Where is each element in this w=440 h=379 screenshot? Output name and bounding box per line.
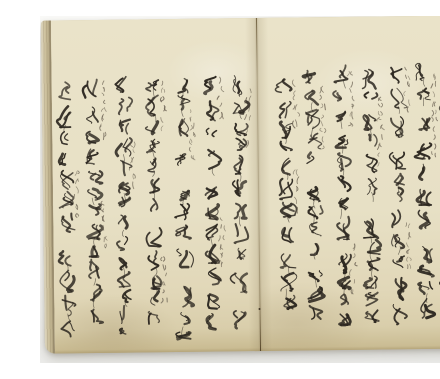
furigana-column xyxy=(99,81,106,140)
furigana-column xyxy=(160,81,166,131)
furigana-column xyxy=(319,86,326,149)
text-column xyxy=(361,69,386,322)
furigana-column xyxy=(189,110,195,160)
furigana-column xyxy=(377,97,385,166)
text-column xyxy=(145,80,169,324)
text-column xyxy=(333,65,358,325)
furigana-column xyxy=(403,67,410,112)
text-column xyxy=(414,63,440,318)
text-column xyxy=(57,82,82,337)
furigana-column xyxy=(218,218,226,267)
text-column xyxy=(228,75,254,328)
book-photograph xyxy=(40,16,440,363)
text-column xyxy=(115,77,138,335)
text-column xyxy=(173,78,198,339)
text-column xyxy=(303,70,328,319)
text-column xyxy=(83,79,109,323)
open-book xyxy=(41,16,440,354)
furigana-column xyxy=(101,201,108,248)
furigana-column xyxy=(244,89,252,148)
furigana-column xyxy=(406,223,412,269)
furigana-column xyxy=(161,257,168,303)
furigana-column xyxy=(292,80,300,128)
text-column xyxy=(388,67,413,324)
text-column xyxy=(275,79,302,309)
furigana-column xyxy=(217,77,224,119)
furigana-column xyxy=(73,171,80,218)
text-column xyxy=(204,77,227,330)
calligraphy-layer xyxy=(41,16,440,354)
